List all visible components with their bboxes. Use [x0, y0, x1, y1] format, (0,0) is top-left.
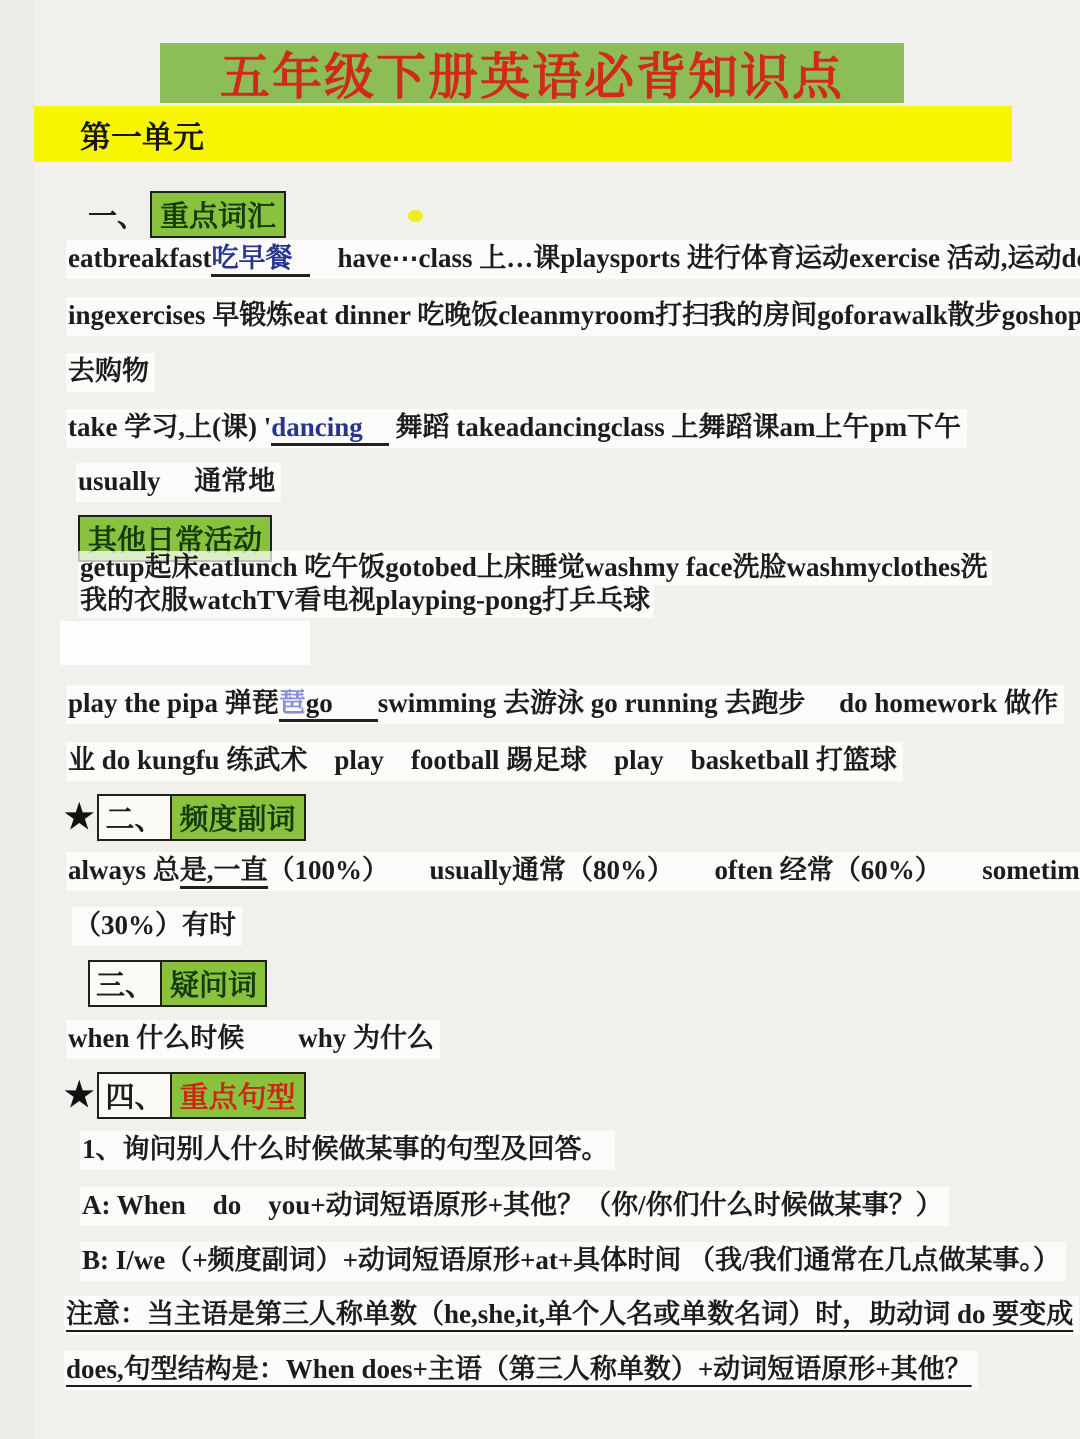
play-line-1: play the pipa 弹琵琶go swimming 去游泳 go runn…	[66, 685, 1064, 724]
other-activities-line-1: getup起床eatlunch 吃午饭gotobed上床睡觉washmy fac…	[78, 551, 992, 585]
section-3-heading: 三、 疑问词	[88, 960, 267, 1007]
frequency-line-1-rest: （100%） usually通常（80%） often 经常（60%） some…	[268, 855, 1080, 885]
section-4-label: 重点句型	[170, 1074, 304, 1117]
star-icon-2: ★	[64, 1079, 94, 1113]
section-4-number: 四、	[99, 1074, 169, 1117]
sentence-b-line: B: I/we（+频度副词）+动词短语原形+at+具体时间 （我/我们通常在几点…	[80, 1242, 1066, 1281]
other-activities-line-2: 我的衣服watchTV看电视playping-pong打乒乓球	[78, 584, 654, 618]
sentence-a-line: A: When do you+动词短语原形+其他？（你/你们什么时候做某事？）	[80, 1187, 949, 1226]
unit-header-text: 第一单元	[80, 112, 204, 157]
section-2-box: 二、 频度副词	[97, 794, 305, 841]
take-line: take 学习,上(课) 'dancing 舞蹈 takeadancingcla…	[66, 409, 967, 448]
page-title-text: 五年级下册英语必背知识点	[220, 37, 844, 109]
vocab-line-1: eatbreakfast吃早餐 have⋯class 上…课playsports…	[66, 240, 1080, 279]
take-line-dancing: dancing	[271, 412, 389, 446]
play-line-1-go: go	[306, 688, 378, 722]
vocab-line-3: 去购物	[66, 353, 155, 392]
note-line-1: 注意：当主语是第三人称单数（he,she,it,单个人名或单数名词）时，助动词 …	[64, 1296, 1079, 1335]
highlight-dot	[408, 210, 423, 222]
question-words-line: when 什么时候 why 为什么	[66, 1020, 440, 1059]
unit-header-band: 第一单元	[34, 106, 1012, 162]
section-2-heading: ★ 二、 频度副词	[64, 794, 306, 841]
section-4-box: 四、 重点句型	[97, 1072, 305, 1119]
frequency-line-1-start: always 总	[68, 855, 180, 885]
play-line-1-pa: 琶	[279, 688, 306, 722]
vocab-line-2: ingexercises 早锻炼eat dinner 吃晚饭cleanmyroo…	[66, 297, 1080, 336]
section-1-heading: 一、 重点词汇	[88, 191, 286, 238]
page-title: 五年级下册英语必背知识点	[160, 43, 904, 103]
section-2-label: 频度副词	[170, 796, 304, 839]
vocab-line-1-en: eatbreakfast	[68, 243, 211, 273]
frequency-line-1-underlined: 是,一直	[180, 855, 268, 889]
section-3-box: 三、 疑问词	[88, 960, 267, 1007]
play-line-2: 业 do kungfu 练武术 play football 踢足球 play b…	[66, 742, 903, 781]
frequency-line-1: always 总是,一直（100%） usually通常（80%） often …	[66, 852, 1080, 891]
section-1-label: 重点词汇	[150, 191, 286, 238]
frequency-line-2: （30%）有时	[72, 907, 242, 946]
take-line-start: take 学习,上(课) '	[68, 412, 271, 442]
blank-area	[60, 621, 310, 665]
sentence-intro-line: 1、询问别人什么时候做某事的句型及回答。	[80, 1131, 615, 1170]
section-4-heading: ★ 四、 重点句型	[64, 1072, 306, 1119]
section-1-number: 一、	[88, 194, 146, 235]
vocab-line-1-rest: have⋯class 上…课playsports 进行体育运动exercise …	[310, 243, 1080, 273]
document-page: 五年级下册英语必背知识点 第一单元 一、 重点词汇 eatbreakfast吃早…	[0, 0, 1080, 1439]
play-line-1-start: play the pipa 弹琵	[68, 688, 279, 718]
section-2-number: 二、	[99, 796, 169, 839]
vocab-line-1-underlined: 吃早餐	[211, 243, 310, 277]
usually-line: usually 通常地	[76, 463, 281, 502]
star-icon: ★	[64, 801, 94, 835]
section-3-label: 疑问词	[160, 962, 265, 1005]
section-3-number: 三、	[90, 962, 160, 1005]
take-line-rest: 舞蹈 takeadancingclass 上舞蹈课am上午pm下午	[389, 412, 961, 442]
play-line-1-rest: swimming 去游泳 go running 去跑步 do homework …	[378, 688, 1058, 718]
note-line-2: does,句型结构是：When does+主语（第三人称单数）+动词短语原形+其…	[64, 1351, 978, 1390]
